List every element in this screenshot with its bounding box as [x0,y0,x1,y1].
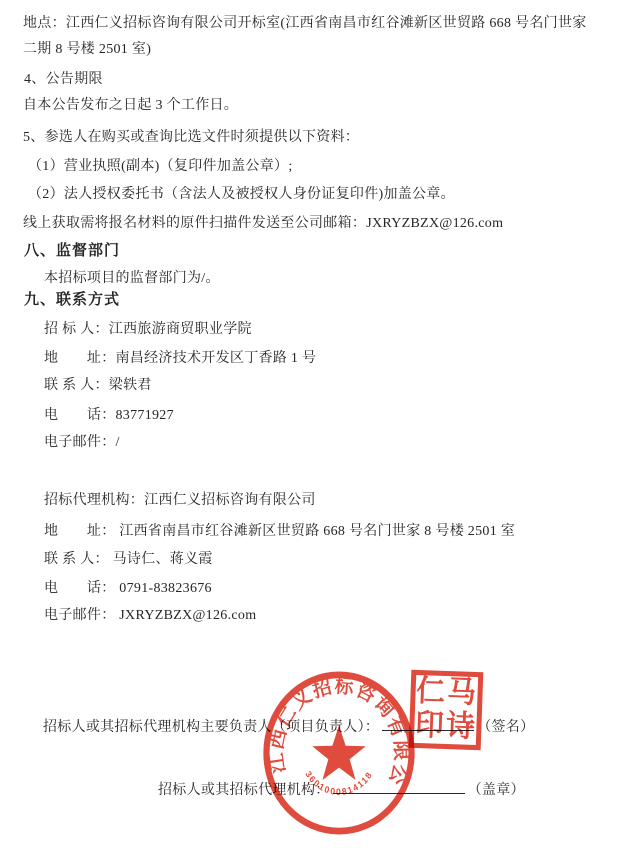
company-seal-suffix: （盖章） [468,783,525,798]
seal-serial-number: 3601000814118 [303,769,374,797]
document-page: 地点：江西仁义招标咨询有限公司开标室(江西省南昌市红谷滩新区世贸路 668 号名… [0,0,635,854]
seal-char-top-right: 马 [447,678,477,709]
venue-line-2: 二期 8 号楼 2501 室) [23,40,151,60]
period-heading: 4、公告期限 [24,70,103,90]
tenderer-email-line: 电子邮件：/ [44,433,120,453]
square-name-seal: 仁 马 印 诗 [409,670,484,750]
materials-item-2: （2）法人授权委托书（含法人及被授权人身份证复印件)加盖公章。 [28,185,455,205]
materials-note: 线上获取需将报名材料的原件扫描件发送至公司邮箱：JXRYZBZX@126.com [23,214,503,234]
tenderer-address-line: 地 址：南昌经济技术开发区丁香路 1 号 [44,349,316,369]
agency-name-line: 招标代理机构：江西仁义招标咨询有限公司 [44,491,316,511]
agency-email-line: 电子邮件： JXRYZBZX@126.com [44,606,256,626]
seal-char-top-left: 仁 [416,677,446,708]
tenderer-phone-line: 电 话：83771927 [44,406,174,426]
seal-char-bottom-left: 印 [415,711,445,742]
materials-heading: 5、参选人在购买或查询比选文件时须提供以下资料： [23,128,359,148]
tenderer-line: 招 标 人：江西旅游商贸职业学院 [44,320,252,340]
tenderer-person-line: 联 系 人：梁轶君 [44,376,152,396]
agency-address-line: 地 址： 江西省南昌市红谷滩新区世贸路 668 号名门世家 8 号楼 2501 … [44,522,515,542]
venue-line-1: 地点：江西仁义招标咨询有限公司开标室(江西省南昌市红谷滩新区世贸路 668 号名… [23,14,587,34]
star-icon [312,725,365,780]
round-company-seal: 江西仁义招标咨询有限公司 3601000814118 [261,669,417,837]
period-body: 自本公告发布之日起 3 个工作日。 [23,96,238,116]
seal-char-bottom-right: 诗 [446,712,476,743]
signature-suffix: （签名） [477,720,534,735]
contact-heading: 九、联系方式 [24,290,120,310]
materials-item-1: （1）营业执照(副本)（复印件加盖公章）; [28,157,293,177]
agency-person-line: 联 系 人： 马诗仁、蒋义霞 [44,550,213,570]
supervision-heading: 八、监督部门 [24,241,120,261]
supervision-body: 本招标项目的监督部门为/。 [44,269,220,289]
seal-company-name: 江西仁义招标咨询有限公司 [261,669,412,789]
agency-phone-line: 电 话： 0791-83823676 [44,579,212,599]
